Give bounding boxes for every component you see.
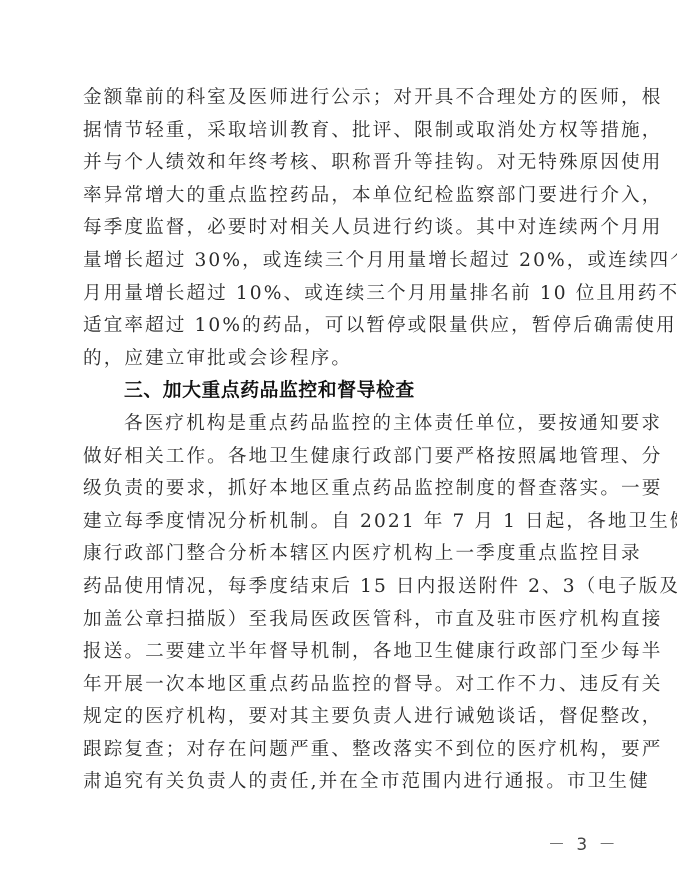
text-line: 建立每季度情况分析机制。自 2021 年 7 月 1 日起，各地卫生健 [83, 506, 595, 539]
text-line: 跟踪复查；对存在问题严重、整改落实不到位的医疗机构，要严 [83, 734, 595, 767]
page-number: － 3 － [548, 830, 619, 855]
text-line: 据情节轻重，采取培训教育、批评、限制或取消处方权等措施， [83, 115, 595, 148]
text-line: 并与个人绩效和年终考核、职称晋升等挂钩。对无特殊原因使用 [83, 147, 595, 180]
text-line: 肃追究有关负责人的责任,并在全市范围内进行通报。市卫生健 [83, 766, 595, 799]
text-line: 规定的医疗机构，要对其主要负责人进行诫勉谈话，督促整改， [83, 701, 595, 734]
text-line: 药品使用情况，每季度结束后 15 日内报送附件 2、3（电子版及 [83, 571, 595, 604]
text-line: 加盖公章扫描版）至我局医政医管科，市直及驻市医疗机构直接 [83, 604, 595, 637]
section-heading: 三、加大重点药品监控和督导检查 [83, 375, 595, 408]
text-line: 各医疗机构是重点药品监控的主体责任单位，要按通知要求 [83, 408, 595, 441]
text-line: 报送。二要建立半年督导机制，各地卫生健康行政部门至少每半 [83, 636, 595, 669]
document-page: 金额靠前的科室及医师进行公示；对开具不合理处方的医师，根 据情节轻重，采取培训教… [0, 0, 677, 894]
text-line: 金额靠前的科室及医师进行公示；对开具不合理处方的医师，根 [83, 82, 595, 115]
paragraph-1: 金额靠前的科室及医师进行公示；对开具不合理处方的医师，根 据情节轻重，采取培训教… [83, 82, 595, 375]
text-line: 做好相关工作。各地卫生健康行政部门要严格按照属地管理、分 [83, 441, 595, 474]
text-line: 年开展一次本地区重点药品监控的督导。对工作不力、违反有关 [83, 669, 595, 702]
text-line: 量增长超过 30%，或连续三个月用量增长超过 20%，或连续四个 [83, 245, 595, 278]
text-line: 每季度监督，必要时对相关人员进行约谈。其中对连续两个月用 [83, 212, 595, 245]
text-line: 的，应建立审批或会诊程序。 [83, 343, 595, 376]
paragraph-2: 各医疗机构是重点药品监控的主体责任单位，要按通知要求 做好相关工作。各地卫生健康… [83, 408, 595, 799]
text-line: 级负责的要求，抓好本地区重点药品监控制度的督查落实。一要 [83, 473, 595, 506]
text-line: 康行政部门整合分析本辖区内医疗机构上一季度重点监控目录 [83, 538, 595, 571]
text-line: 率异常增大的重点监控药品，本单位纪检监察部门要进行介入， [83, 180, 595, 213]
text-line: 月用量增长超过 10%、或连续三个月用量排名前 10 位且用药不 [83, 278, 595, 311]
document-body: 金额靠前的科室及医师进行公示；对开具不合理处方的医师，根 据情节轻重，采取培训教… [83, 82, 595, 799]
text-line: 适宜率超过 10%的药品，可以暂停或限量供应，暂停后确需使用 [83, 310, 595, 343]
